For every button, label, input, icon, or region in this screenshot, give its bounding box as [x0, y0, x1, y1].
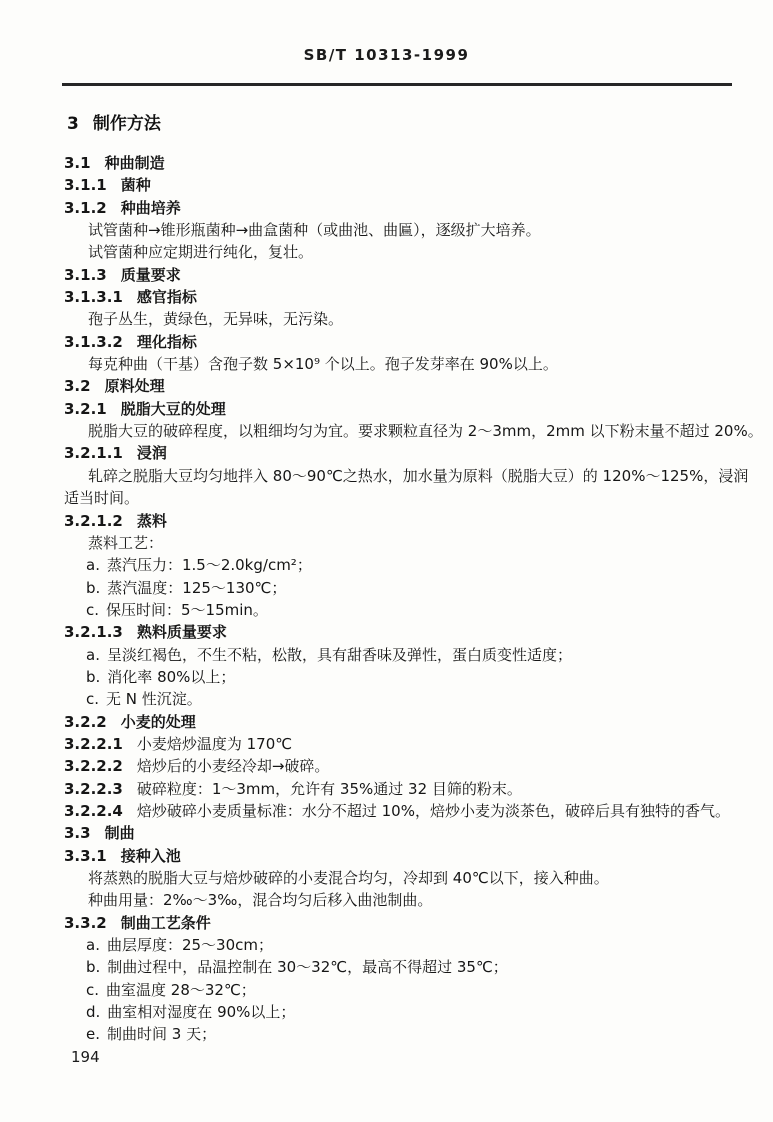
paragraph-text: 蒸料工艺：: [88, 534, 163, 552]
paragraph-continuation: 适当时间。: [64, 487, 773, 509]
page-number: 194: [71, 1048, 100, 1066]
paragraph-text: 适当时间。: [64, 489, 139, 507]
clause-title: 制曲: [105, 824, 135, 842]
clause-number: 3.2.1.1: [64, 444, 123, 462]
list-item: b.消化率 80%以上；: [86, 666, 773, 688]
clause-number: 3.1.3.1: [64, 288, 123, 306]
list-item: b.蒸汽温度：125～130℃；: [86, 577, 773, 599]
list-item: a.蒸汽压力：1.5～2.0kg/cm²；: [86, 554, 773, 576]
clause-heading: 3.2.1.3熟料质量要求: [64, 621, 773, 643]
clause-heading: 3.2.1脱脂大豆的处理: [64, 398, 773, 420]
clause-heading: 3.2原料处理: [64, 375, 773, 397]
clause-statement: 3.2.2.1小麦焙炒温度为 170℃: [64, 733, 773, 755]
list-item-text: 消化率 80%以上；: [107, 668, 235, 686]
clause-title: 原料处理: [105, 377, 165, 395]
paragraph: 将蒸熟的脱脂大豆与焙炒破碎的小麦混合均匀，冷却到 40℃以下，接入种曲。: [64, 867, 773, 889]
chapter-heading: 3制作方法: [67, 109, 161, 134]
clause-text: 破碎粒度：1～3mm，允许有 35%通过 32 目筛的粉末。: [137, 780, 522, 798]
clause-number: 3.2.2.4: [64, 802, 123, 820]
clause-title: 蒸料: [137, 512, 167, 530]
clause-number: 3.2: [64, 377, 91, 395]
paragraph: 脱脂大豆的破碎程度，以粗细均匀为宜。要求颗粒直径为 2～3mm，2mm 以下粉末…: [64, 420, 773, 442]
list-item-text: 制曲过程中，品温控制在 30～32℃，最高不得超过 35℃；: [107, 958, 508, 976]
clause-number: 3.1.3.2: [64, 333, 123, 351]
clause-number: 3.2.2.3: [64, 780, 123, 798]
clause-heading: 3.1.3.1感官指标: [64, 286, 773, 308]
chapter-number: 3: [67, 114, 79, 134]
list-item: c.曲室温度 28～32℃；: [86, 979, 773, 1001]
list-item: b.制曲过程中，品温控制在 30～32℃，最高不得超过 35℃；: [86, 956, 773, 978]
paragraph: 每克种曲（干基）含孢子数 5×10⁹ 个以上。孢子发芽率在 90%以上。: [64, 353, 773, 375]
document-body: 3.1种曲制造 3.1.1菌种 3.1.2种曲培养 试管菌种→锥形瓶菌种→曲盒菌…: [64, 152, 773, 1046]
list-item: c.保压时间：5～15min。: [86, 599, 773, 621]
clause-number: 3.1.2: [64, 199, 107, 217]
clause-heading: 3.1.1菌种: [64, 174, 773, 196]
clause-number: 3.3.1: [64, 847, 107, 865]
paragraph-text: 孢子丛生，黄绿色，无异味，无污染。: [88, 310, 343, 328]
clause-title: 理化指标: [137, 333, 197, 351]
clause-heading: 3.1.2种曲培养: [64, 197, 773, 219]
clause-text: 焙炒后的小麦经冷却→破碎。: [137, 757, 330, 775]
list-item: e.制曲时间 3 天；: [86, 1023, 773, 1045]
clause-number: 3.2.1.3: [64, 623, 123, 641]
clause-number: 3.1: [64, 154, 91, 172]
scanned-standard-page: SB/T 10313-1999 3制作方法 3.1种曲制造 3.1.1菌种 3.…: [0, 0, 773, 1122]
paragraph-text: 试管菌种→锥形瓶菌种→曲盒菌种（或曲池、曲匾），逐级扩大培养。: [88, 221, 541, 239]
paragraph: 种曲用量：2‰～3‰，混合均匀后移入曲池制曲。: [64, 889, 773, 911]
clause-title: 质量要求: [121, 266, 181, 284]
list-item-label: a.: [86, 646, 100, 664]
list-item-text: 制曲时间 3 天；: [107, 1025, 216, 1043]
list-item-label: b.: [86, 579, 100, 597]
clause-heading: 3.3制曲: [64, 822, 773, 844]
clause-title: 种曲制造: [105, 154, 165, 172]
paragraph-text: 每克种曲（干基）含孢子数 5×10⁹ 个以上。孢子发芽率在 90%以上。: [88, 355, 558, 373]
clause-title: 感官指标: [137, 288, 197, 306]
paragraph-text: 轧碎之脱脂大豆均匀地拌入 80～90℃之热水，加水量为原料（脱脂大豆）的 120…: [88, 467, 748, 485]
list-item-label: c.: [86, 981, 99, 999]
list-item-text: 曲室相对湿度在 90%以上；: [107, 1003, 295, 1021]
clause-number: 3.1.1: [64, 176, 107, 194]
paragraph-text: 试管菌种应定期进行纯化，复壮。: [88, 243, 313, 261]
list-item: a.呈淡红褐色，不生不粘，松散，具有甜香味及弹性，蛋白质变性适度；: [86, 644, 773, 666]
list-item-label: e.: [86, 1025, 100, 1043]
clause-text: 焙炒破碎小麦质量标准：水分不超过 10%，焙炒小麦为淡茶色，破碎后具有独特的香气…: [137, 802, 730, 820]
list-item-text: 保压时间：5～15min。: [106, 601, 268, 619]
list-item-text: 蒸汽温度：125～130℃；: [107, 579, 286, 597]
clause-number: 3.2.2.1: [64, 735, 123, 753]
paragraph: 孢子丛生，黄绿色，无异味，无污染。: [64, 308, 773, 330]
clause-statement: 3.2.2.2焙炒后的小麦经冷却→破碎。: [64, 755, 773, 777]
list-item: c.无 N 性沉淀。: [86, 688, 773, 710]
clause-number: 3.3.2: [64, 914, 107, 932]
paragraph: 蒸料工艺：: [64, 532, 773, 554]
clause-heading: 3.1.3.2理化指标: [64, 331, 773, 353]
clause-title: 制曲工艺条件: [121, 914, 211, 932]
clause-title: 接种入池: [121, 847, 181, 865]
clause-title: 脱脂大豆的处理: [121, 400, 226, 418]
clause-number: 3.2.2: [64, 713, 107, 731]
clause-title: 小麦的处理: [121, 713, 196, 731]
list-item-text: 无 N 性沉淀。: [106, 690, 202, 708]
paragraph-text: 种曲用量：2‰～3‰，混合均匀后移入曲池制曲。: [88, 891, 432, 909]
list-item-label: b.: [86, 958, 100, 976]
list-item-text: 曲层厚度：25～30cm；: [107, 936, 273, 954]
doc-number: SB/T 10313-1999: [0, 46, 773, 64]
list-item-label: b.: [86, 668, 100, 686]
clause-title: 熟料质量要求: [137, 623, 227, 641]
clause-statement: 3.2.2.4焙炒破碎小麦质量标准：水分不超过 10%，焙炒小麦为淡茶色，破碎后…: [64, 800, 773, 822]
list-item: a.曲层厚度：25～30cm；: [86, 934, 773, 956]
header-rule: [62, 83, 732, 86]
paragraph: 试管菌种→锥形瓶菌种→曲盒菌种（或曲池、曲匾），逐级扩大培养。: [64, 219, 773, 241]
list-item-label: c.: [86, 690, 99, 708]
clause-heading: 3.1.3质量要求: [64, 264, 773, 286]
clause-heading: 3.1种曲制造: [64, 152, 773, 174]
paragraph: 试管菌种应定期进行纯化，复壮。: [64, 241, 773, 263]
clause-text: 小麦焙炒温度为 170℃: [137, 735, 292, 753]
clause-heading: 3.2.2小麦的处理: [64, 711, 773, 733]
clause-heading: 3.3.2制曲工艺条件: [64, 912, 773, 934]
clause-number: 3.2.2.2: [64, 757, 123, 775]
paragraph: 轧碎之脱脂大豆均匀地拌入 80～90℃之热水，加水量为原料（脱脂大豆）的 120…: [64, 465, 773, 487]
clause-heading: 3.2.1.1浸润: [64, 442, 773, 464]
paragraph-text: 脱脂大豆的破碎程度，以粗细均匀为宜。要求颗粒直径为 2～3mm，2mm 以下粉末…: [88, 422, 763, 440]
list-item-label: d.: [86, 1003, 100, 1021]
clause-number: 3.1.3: [64, 266, 107, 284]
clause-number: 3.2.1.2: [64, 512, 123, 530]
list-item-label: c.: [86, 601, 99, 619]
paragraph-text: 将蒸熟的脱脂大豆与焙炒破碎的小麦混合均匀，冷却到 40℃以下，接入种曲。: [88, 869, 609, 887]
clause-title: 浸润: [137, 444, 167, 462]
clause-number: 3.3: [64, 824, 91, 842]
list-item-label: a.: [86, 936, 100, 954]
clause-title: 菌种: [121, 176, 151, 194]
clause-statement: 3.2.2.3破碎粒度：1～3mm，允许有 35%通过 32 目筛的粉末。: [64, 778, 773, 800]
list-item-text: 呈淡红褐色，不生不粘，松散，具有甜香味及弹性，蛋白质变性适度；: [107, 646, 572, 664]
list-item-label: a.: [86, 556, 100, 574]
list-item: d.曲室相对湿度在 90%以上；: [86, 1001, 773, 1023]
list-item-text: 曲室温度 28～32℃；: [106, 981, 256, 999]
list-item-text: 蒸汽压力：1.5～2.0kg/cm²；: [107, 556, 312, 574]
clause-heading: 3.2.1.2蒸料: [64, 510, 773, 532]
clause-title: 种曲培养: [121, 199, 181, 217]
chapter-title: 制作方法: [93, 114, 161, 134]
clause-heading: 3.3.1接种入池: [64, 845, 773, 867]
clause-number: 3.2.1: [64, 400, 107, 418]
